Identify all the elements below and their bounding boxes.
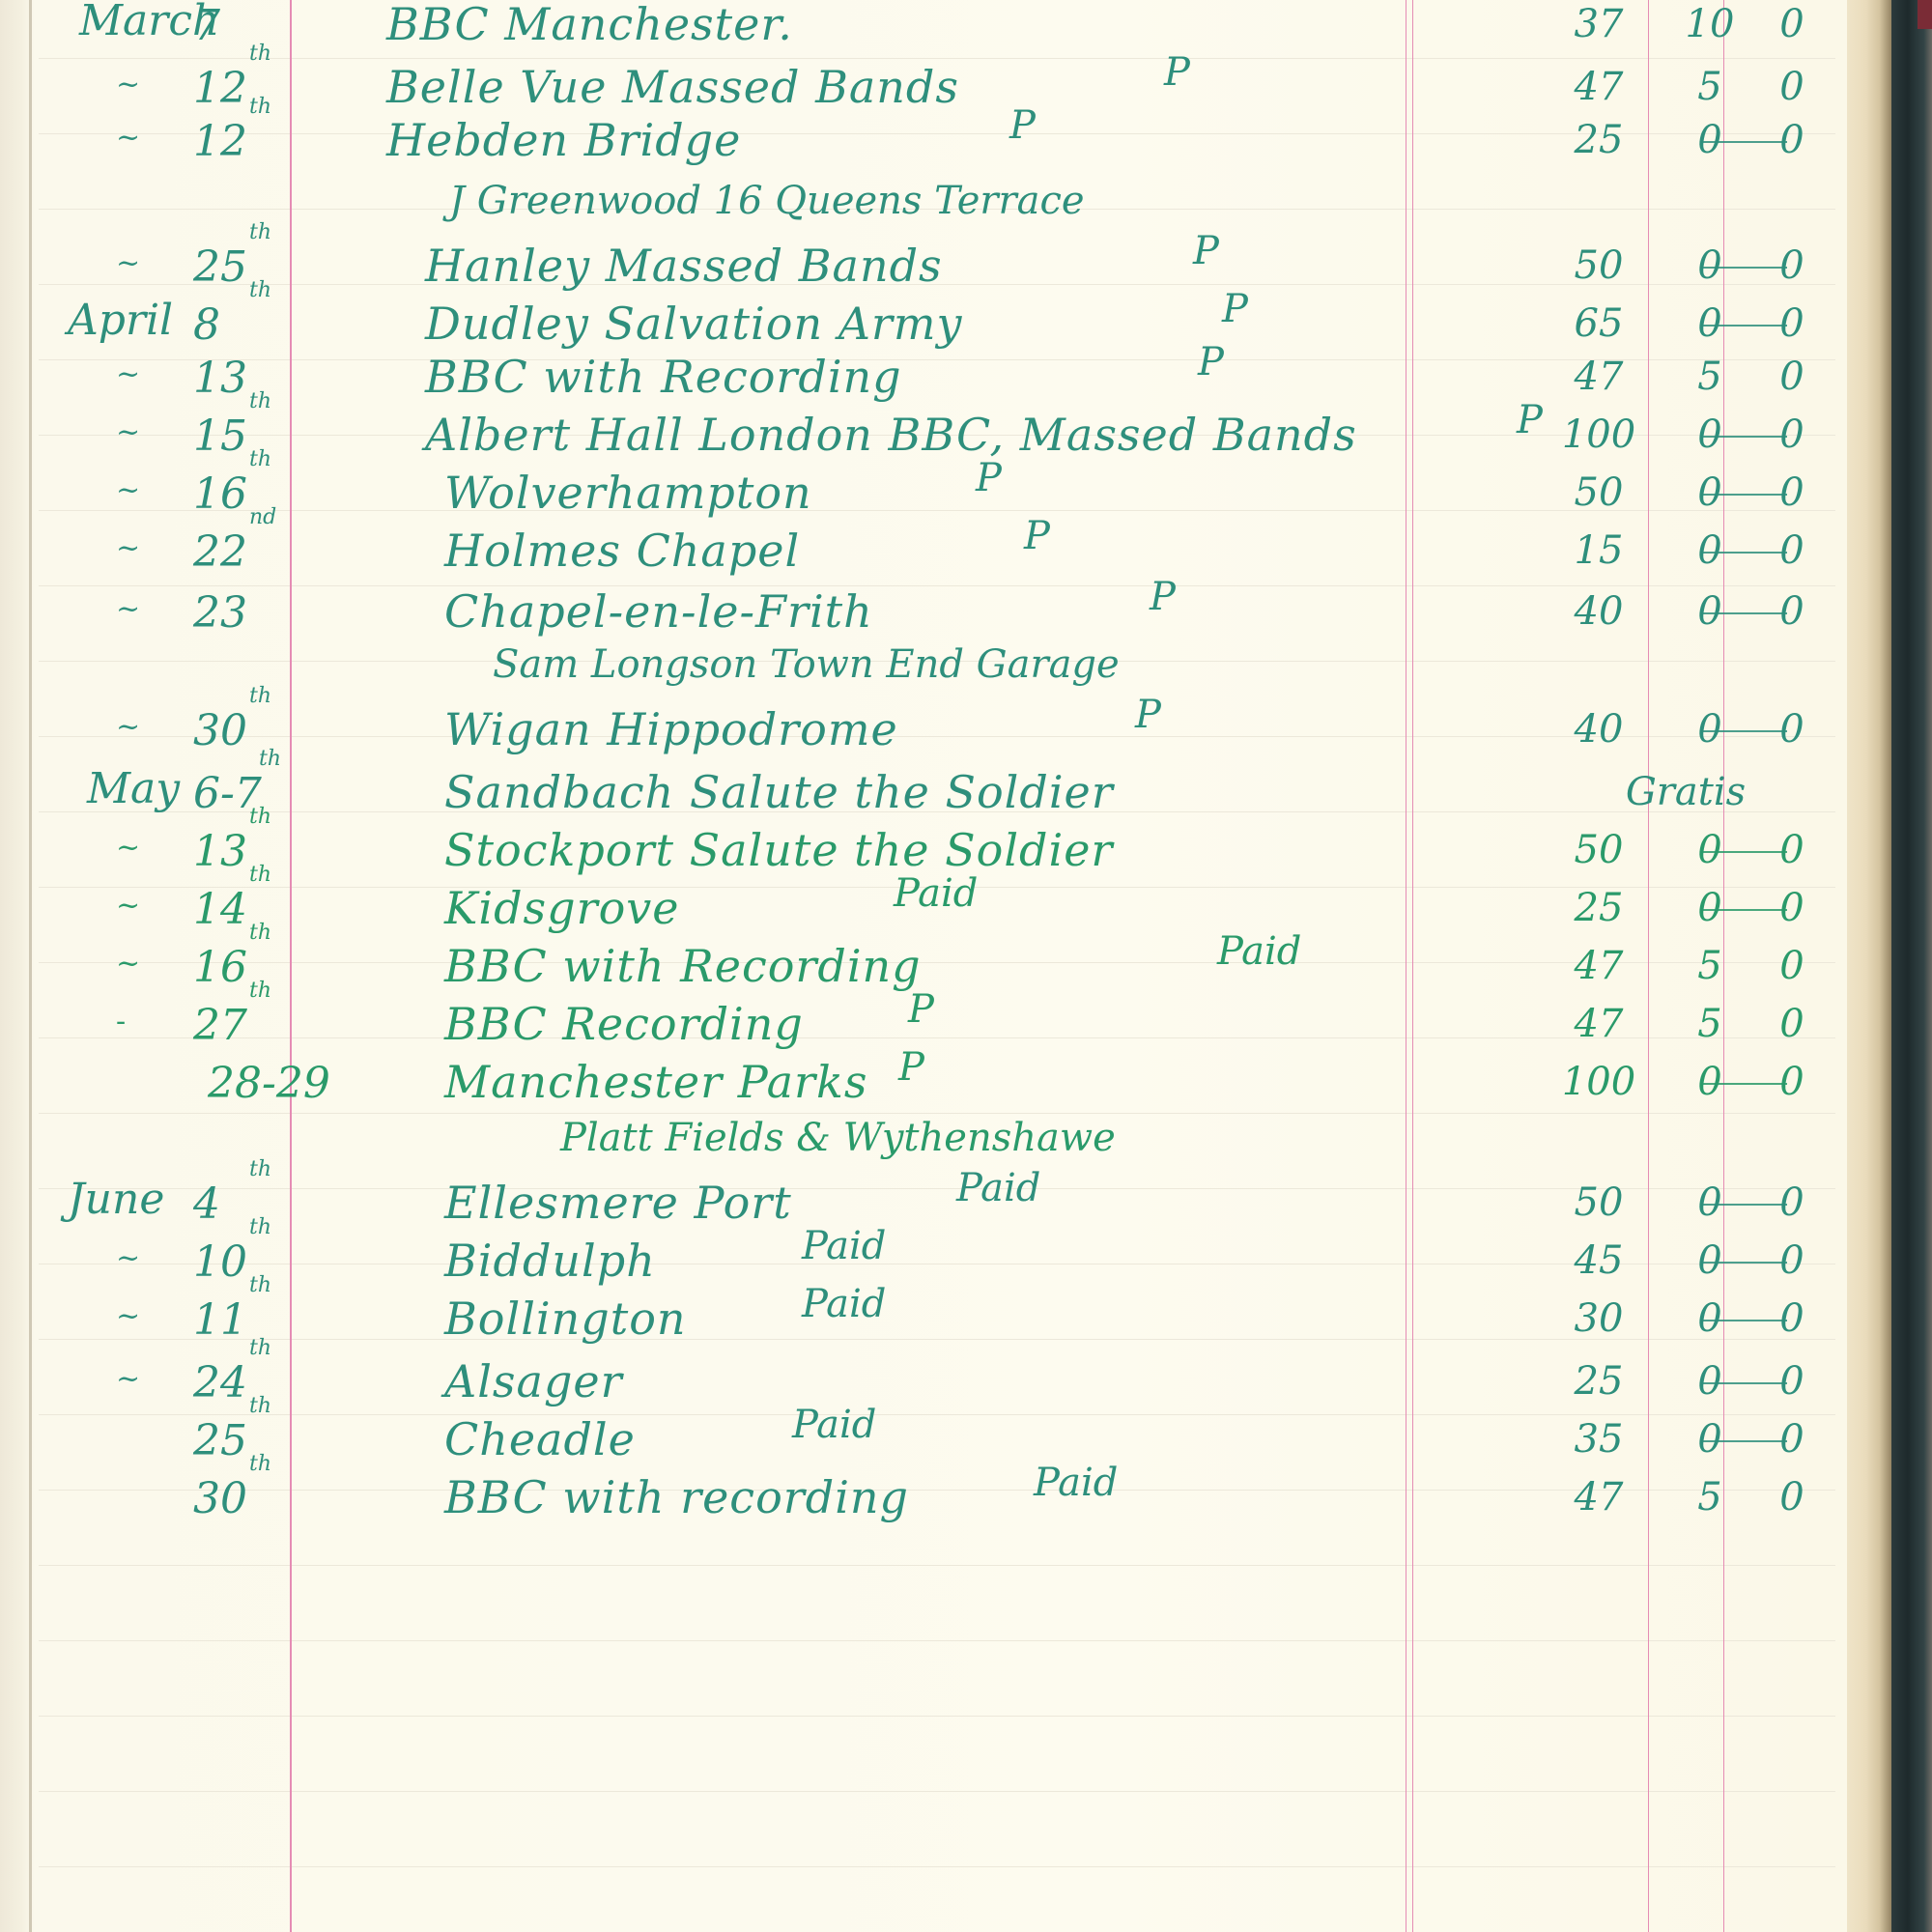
- amount-pounds: 25: [1536, 889, 1662, 927]
- address-note: J Greenwood 16 Queens Terrace: [449, 182, 1085, 220]
- ditto-mark: ~: [116, 950, 140, 979]
- ditto-mark: ~: [116, 124, 140, 153]
- amount-dash: [1700, 909, 1787, 911]
- amount-shillings: 0: [1662, 531, 1758, 570]
- amount-pounds: 50: [1536, 831, 1662, 869]
- amount-shillings: 0: [1662, 246, 1758, 285]
- amount-pounds: 40: [1536, 710, 1662, 749]
- date-suffix: th: [249, 1338, 271, 1359]
- amount-pence: 0: [1748, 889, 1835, 927]
- amount-pence: 0: [1748, 831, 1835, 869]
- amount-shillings: 10: [1662, 5, 1758, 43]
- address-note: Platt Fields & Wythenshawe: [560, 1119, 1116, 1157]
- ditto-mark: ~: [116, 534, 140, 563]
- amount-dash: [1700, 1382, 1787, 1384]
- amount-shillings: 5: [1662, 1005, 1758, 1043]
- amount-pounds: 47: [1536, 947, 1662, 985]
- paid-mark: P: [1009, 106, 1036, 145]
- ditto-mark: ~: [116, 1302, 140, 1331]
- paid-note: Paid: [894, 874, 978, 913]
- amount-shillings: 0: [1662, 304, 1758, 343]
- date-suffix: th: [249, 1275, 271, 1296]
- amount-pounds: 45: [1536, 1241, 1662, 1280]
- feint-line: [39, 1791, 1835, 1792]
- date-month: April: [68, 299, 173, 342]
- amount-shillings: 0: [1662, 831, 1758, 869]
- date-month: May: [87, 768, 180, 810]
- amount-pounds: 65: [1536, 304, 1662, 343]
- amount-shillings: 0: [1662, 592, 1758, 631]
- amount-dash: [1700, 436, 1787, 438]
- date-day: 16: [193, 947, 247, 989]
- date-suffix: th: [249, 1159, 271, 1180]
- date-day: 13: [193, 357, 247, 400]
- date-suffix: nd: [249, 507, 276, 528]
- amount-pence: 0: [1748, 1183, 1835, 1222]
- date-day: 22: [193, 531, 247, 574]
- date-suffix: th: [249, 1396, 271, 1417]
- date-day: 25: [193, 1420, 247, 1463]
- amount-pence: 0: [1748, 1362, 1835, 1401]
- date-day: 15: [193, 415, 247, 458]
- date-suffix: th: [259, 749, 281, 770]
- amount-dash: [1700, 552, 1787, 554]
- amount-pounds: 30: [1536, 1299, 1662, 1338]
- date-suffix: th: [249, 43, 271, 65]
- date-day: 10: [193, 1241, 247, 1284]
- ditto-mark: ~: [116, 249, 140, 278]
- ditto-mark: ~: [116, 713, 140, 742]
- amount-shillings: 0: [1662, 1183, 1758, 1222]
- date-day: 11: [193, 1299, 247, 1342]
- amount-dash: [1700, 730, 1787, 732]
- date-suffix: th: [249, 391, 271, 412]
- amount-shillings: 0: [1662, 889, 1758, 927]
- amount-pounds: 35: [1536, 1420, 1662, 1459]
- amount-dash: [1700, 851, 1787, 853]
- date-day: 7: [193, 5, 220, 47]
- date-day: 14: [193, 889, 247, 931]
- amount-dash: [1700, 612, 1787, 614]
- date-day: 4: [193, 1183, 220, 1226]
- amount-pence: 0: [1748, 415, 1835, 454]
- engagement-description: Bollington: [444, 1296, 687, 1341]
- book-binding: [1891, 0, 1932, 1932]
- engagement-description: Stockport Salute the Soldier: [444, 828, 1113, 872]
- date-suffix: th: [249, 280, 271, 301]
- ditto-mark: ~: [116, 1244, 140, 1273]
- amount-pounds: 47: [1536, 1005, 1662, 1043]
- engagement-description: Dudley Salvation Army: [425, 301, 963, 346]
- paid-mark: P: [1164, 53, 1190, 92]
- date-day: 12: [193, 68, 247, 110]
- amount-pounds: 100: [1536, 415, 1662, 454]
- engagement-description: BBC Recording: [444, 1002, 804, 1046]
- ditto-mark: ~: [116, 476, 140, 505]
- engagement-description: Cheadle: [444, 1417, 636, 1462]
- amount-dash: [1700, 325, 1787, 327]
- amount-dash: [1700, 1083, 1787, 1085]
- date-suffix: th: [249, 980, 271, 1002]
- paid-mark: P: [1222, 290, 1248, 328]
- date-day: 27: [193, 1005, 247, 1047]
- amount-pence: 0: [1748, 947, 1835, 985]
- date-suffix: th: [249, 449, 271, 470]
- date-day: 30: [193, 1478, 247, 1520]
- paid-note: Paid: [1034, 1463, 1118, 1502]
- amount-pence: 0: [1748, 1241, 1835, 1280]
- amount-pence: 0: [1748, 710, 1835, 749]
- engagement-description: Kidsgrove: [444, 886, 679, 930]
- date-day: 23: [193, 592, 247, 635]
- engagement-description: BBC with Recording: [425, 355, 902, 399]
- engagement-description: Ellesmere Port: [444, 1180, 792, 1225]
- amount-pounds: 50: [1536, 473, 1662, 512]
- paid-note: Paid: [802, 1227, 886, 1265]
- paid-mark: P: [908, 990, 934, 1029]
- amount-pounds: 25: [1536, 121, 1662, 159]
- paid-mark: P: [1193, 232, 1219, 270]
- engagement-description: Alsager: [444, 1359, 623, 1404]
- date-day: 13: [193, 831, 247, 873]
- ditto-mark: ~: [116, 892, 140, 921]
- amount-pence: 0: [1748, 121, 1835, 159]
- amount-shillings: 0: [1662, 1299, 1758, 1338]
- date-suffix: th: [249, 686, 271, 707]
- amount-pence: 0: [1748, 246, 1835, 285]
- date-suffix: th: [249, 807, 271, 828]
- amount-pence: 0: [1748, 1005, 1835, 1043]
- amount-shillings: 0: [1662, 1063, 1758, 1101]
- amount-pence: 0: [1748, 531, 1835, 570]
- date-suffix: th: [249, 865, 271, 886]
- date-day: 24: [193, 1362, 247, 1405]
- ditto-mark: ~: [116, 418, 140, 447]
- date-day: 28-29: [208, 1063, 330, 1105]
- engagement-description: Albert Hall London BBC, Massed Bands: [425, 412, 1357, 457]
- engagement-description: BBC Manchester.: [386, 2, 793, 46]
- paid-mark: P: [898, 1048, 924, 1087]
- paid-note: Paid: [1217, 932, 1301, 971]
- amount-dash: [1700, 1440, 1787, 1442]
- amount-pounds: 40: [1536, 592, 1662, 631]
- engagement-description: Hebden Bridge: [386, 118, 741, 162]
- date-day: 12: [193, 121, 247, 163]
- amount-dash: [1700, 494, 1787, 496]
- amount-pounds: 50: [1536, 246, 1662, 285]
- ditto-mark: ~: [116, 71, 140, 99]
- ditto-mark: ~: [116, 360, 140, 389]
- date-day: 8: [193, 304, 220, 347]
- amount-pence: 0: [1748, 5, 1835, 43]
- amount-pence: 0: [1748, 68, 1835, 106]
- amount-shillings: 5: [1662, 68, 1758, 106]
- amount-shillings: 5: [1662, 1478, 1758, 1517]
- amount-dash: [1700, 1204, 1787, 1206]
- date-day: 30: [193, 710, 247, 753]
- amount-shillings: 0: [1662, 1241, 1758, 1280]
- paid-mark: P: [1135, 696, 1161, 734]
- engagement-description: Chapel-en-le-Frith: [444, 589, 873, 634]
- amount-pence: 0: [1748, 473, 1835, 512]
- date-suffix: th: [249, 1454, 271, 1475]
- table-row: ~12thHebden BridgeP2500: [0, 106, 1835, 184]
- amount-pence: 0: [1748, 1478, 1835, 1517]
- engagement-description: Holmes Chapel: [444, 528, 800, 573]
- paid-note: Paid: [956, 1169, 1040, 1207]
- amount-shillings: 5: [1662, 947, 1758, 985]
- amount-pounds: 25: [1536, 1362, 1662, 1401]
- amount-pounds: 47: [1536, 357, 1662, 396]
- date-suffix: th: [249, 222, 271, 243]
- table-row: 30thBBC with recordingPaid4750: [0, 1463, 1835, 1541]
- ditto-mark: ~: [116, 595, 140, 624]
- amount-shillings: 0: [1662, 1420, 1758, 1459]
- date-day: 25: [193, 246, 247, 289]
- date-day: 16: [193, 473, 247, 516]
- amount-pounds: 15: [1536, 531, 1662, 570]
- page-edges: [1847, 0, 1893, 1932]
- amount-pence: 0: [1748, 1299, 1835, 1338]
- ditto-mark: ~: [116, 834, 140, 863]
- amount-pence: 0: [1748, 357, 1835, 396]
- date-suffix: th: [249, 923, 271, 944]
- paid-note: Paid: [792, 1406, 876, 1444]
- amount-pence: 0: [1748, 304, 1835, 343]
- date-suffix: th: [249, 97, 271, 118]
- engagement-description: Biddulph: [444, 1238, 656, 1283]
- engagement-description: Hanley Massed Bands: [425, 243, 943, 288]
- feint-line: [39, 1640, 1835, 1641]
- feint-line: [39, 1866, 1835, 1867]
- ditto-mark: -: [116, 1008, 126, 1037]
- amount-dash: [1700, 1320, 1787, 1321]
- engagement-description: Wolverhampton: [444, 470, 812, 515]
- engagement-description: Belle Vue Massed Bands: [386, 65, 959, 109]
- amount-pounds: 37: [1536, 5, 1662, 43]
- engagement-description: Sandbach Salute the Soldier: [444, 770, 1114, 814]
- amount-pence: 0: [1748, 1063, 1835, 1101]
- date-suffix: th: [249, 1217, 271, 1238]
- paid-mark: P: [1024, 517, 1050, 555]
- amount-gratis: Gratis: [1575, 773, 1797, 811]
- paid-mark: P: [1198, 343, 1224, 382]
- date-month: June: [68, 1179, 164, 1221]
- engagement-description: Manchester Parks: [444, 1060, 867, 1104]
- engagement-description: Wigan Hippodrome: [444, 707, 898, 752]
- amount-shillings: 0: [1662, 1362, 1758, 1401]
- paid-mark: P: [1150, 578, 1176, 616]
- engagement-description: BBC with recording: [444, 1475, 909, 1520]
- engagement-description: BBC with Recording: [444, 944, 922, 988]
- paid-mark: P: [976, 459, 1002, 497]
- amount-shillings: 5: [1662, 357, 1758, 396]
- amount-dash: [1700, 267, 1787, 269]
- amount-pounds: 100: [1536, 1063, 1662, 1101]
- amount-dash: [1700, 141, 1787, 143]
- feint-line: [39, 1716, 1835, 1717]
- ditto-mark: ~: [116, 1365, 140, 1394]
- amount-pence: 0: [1748, 592, 1835, 631]
- amount-shillings: 0: [1662, 473, 1758, 512]
- amount-dash: [1700, 1262, 1787, 1264]
- address-note: Sam Longson Town End Garage: [493, 645, 1120, 684]
- binding-ribbon: [1918, 0, 1932, 29]
- amount-pounds: 50: [1536, 1183, 1662, 1222]
- feint-line: [39, 1565, 1835, 1566]
- amount-pounds: 47: [1536, 68, 1662, 106]
- amount-pounds: 47: [1536, 1478, 1662, 1517]
- amount-shillings: 0: [1662, 415, 1758, 454]
- paid-note: Paid: [802, 1285, 886, 1323]
- amount-shillings: 0: [1662, 710, 1758, 749]
- amount-shillings: 0: [1662, 121, 1758, 159]
- amount-pence: 0: [1748, 1420, 1835, 1459]
